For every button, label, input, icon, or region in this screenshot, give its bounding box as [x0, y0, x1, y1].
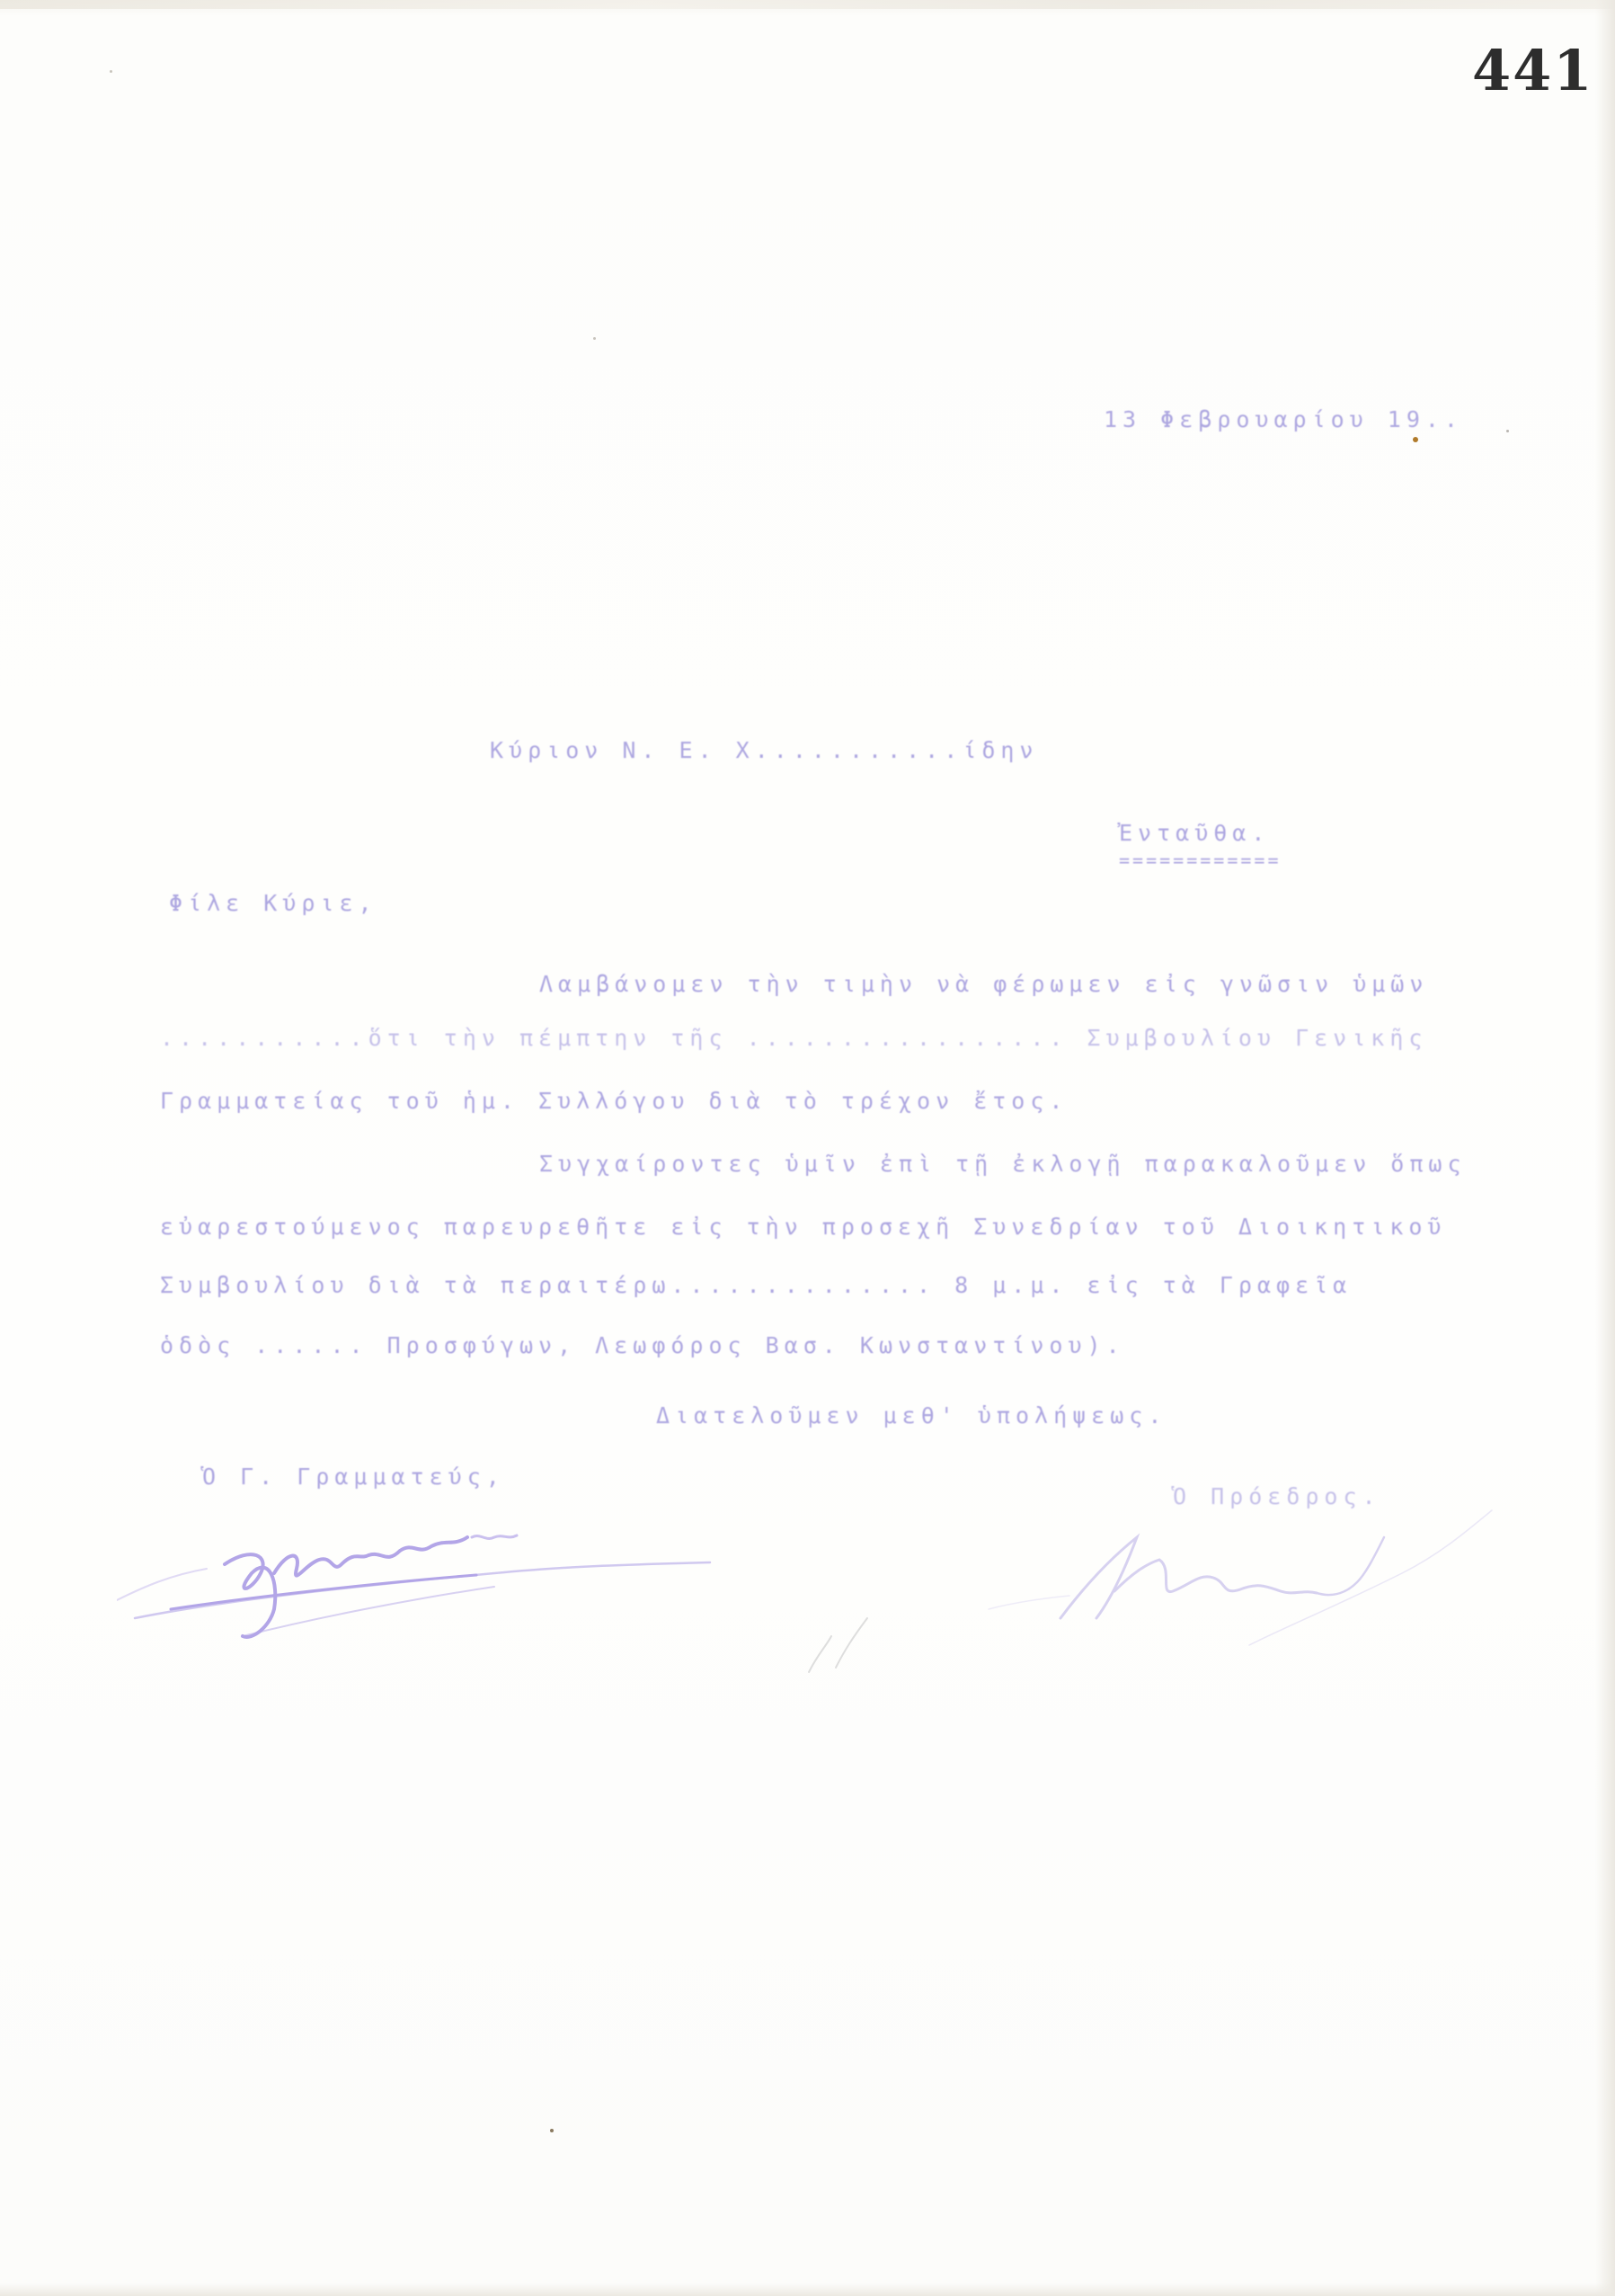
ink-speck [110, 70, 112, 73]
salutation: Φίλε Κύριε, [169, 890, 377, 916]
body-line: Γραμματείας τοῦ ἡμ. Συλλόγου διὰ τὸ τρέχ… [160, 1088, 1068, 1114]
ink-speck [1413, 437, 1418, 442]
scanned-letter-page: 441 13 Φεβρουαρίου 19.. Κύριον Ν. Ε. Χ..… [0, 0, 1615, 2296]
pencil-mark [791, 1600, 899, 1681]
paper-top-edge [0, 0, 1615, 9]
body-line: Λαμβάνομεν τὴν τιμὴν νὰ φέρωμεν εἰς γνῶσ… [539, 971, 1428, 997]
recipient-name: Κύριον Ν. Ε. Χ...........ίδην [490, 737, 1039, 763]
ink-speck [593, 337, 596, 340]
body-line: Συμβουλίου διὰ τὰ περαιτέρω.............… [160, 1272, 1352, 1298]
body-line: Συγχαίροντες ὑμῖν ἐπὶ τῇ ἐκλογῇ παρακαλο… [539, 1151, 1467, 1177]
letter-date: 13 Φεβρουαρίου 19.. [1104, 406, 1463, 432]
closing-formula: Διατελοῦμεν μεθ' ὑπολήψεως. [656, 1402, 1167, 1428]
secretary-signature [117, 1510, 746, 1645]
recipient-place: Ἐνταῦθα. [1119, 820, 1270, 846]
ink-speck [1506, 430, 1509, 432]
place-underline: ============ [1119, 850, 1282, 871]
body-line: ...........ὅτι τὴν πέμπτην τῆς .........… [160, 1025, 1427, 1051]
folio-number: 441 [1472, 38, 1593, 103]
president-signature [980, 1483, 1519, 1663]
body-line: ὁδὸς ...... Προσφύγων, Λεωφόρος Βασ. Κων… [160, 1332, 1125, 1358]
paper-bottom-edge [0, 2283, 1615, 2296]
paper-right-edge [1595, 0, 1615, 2296]
ink-speck [550, 2129, 554, 2132]
body-line: εὐαρεστούμενος παρευρεθῆτε εἰς τὴν προσε… [160, 1214, 1447, 1240]
secretary-title: Ὁ Γ. Γραμματεύς, [202, 1464, 505, 1490]
